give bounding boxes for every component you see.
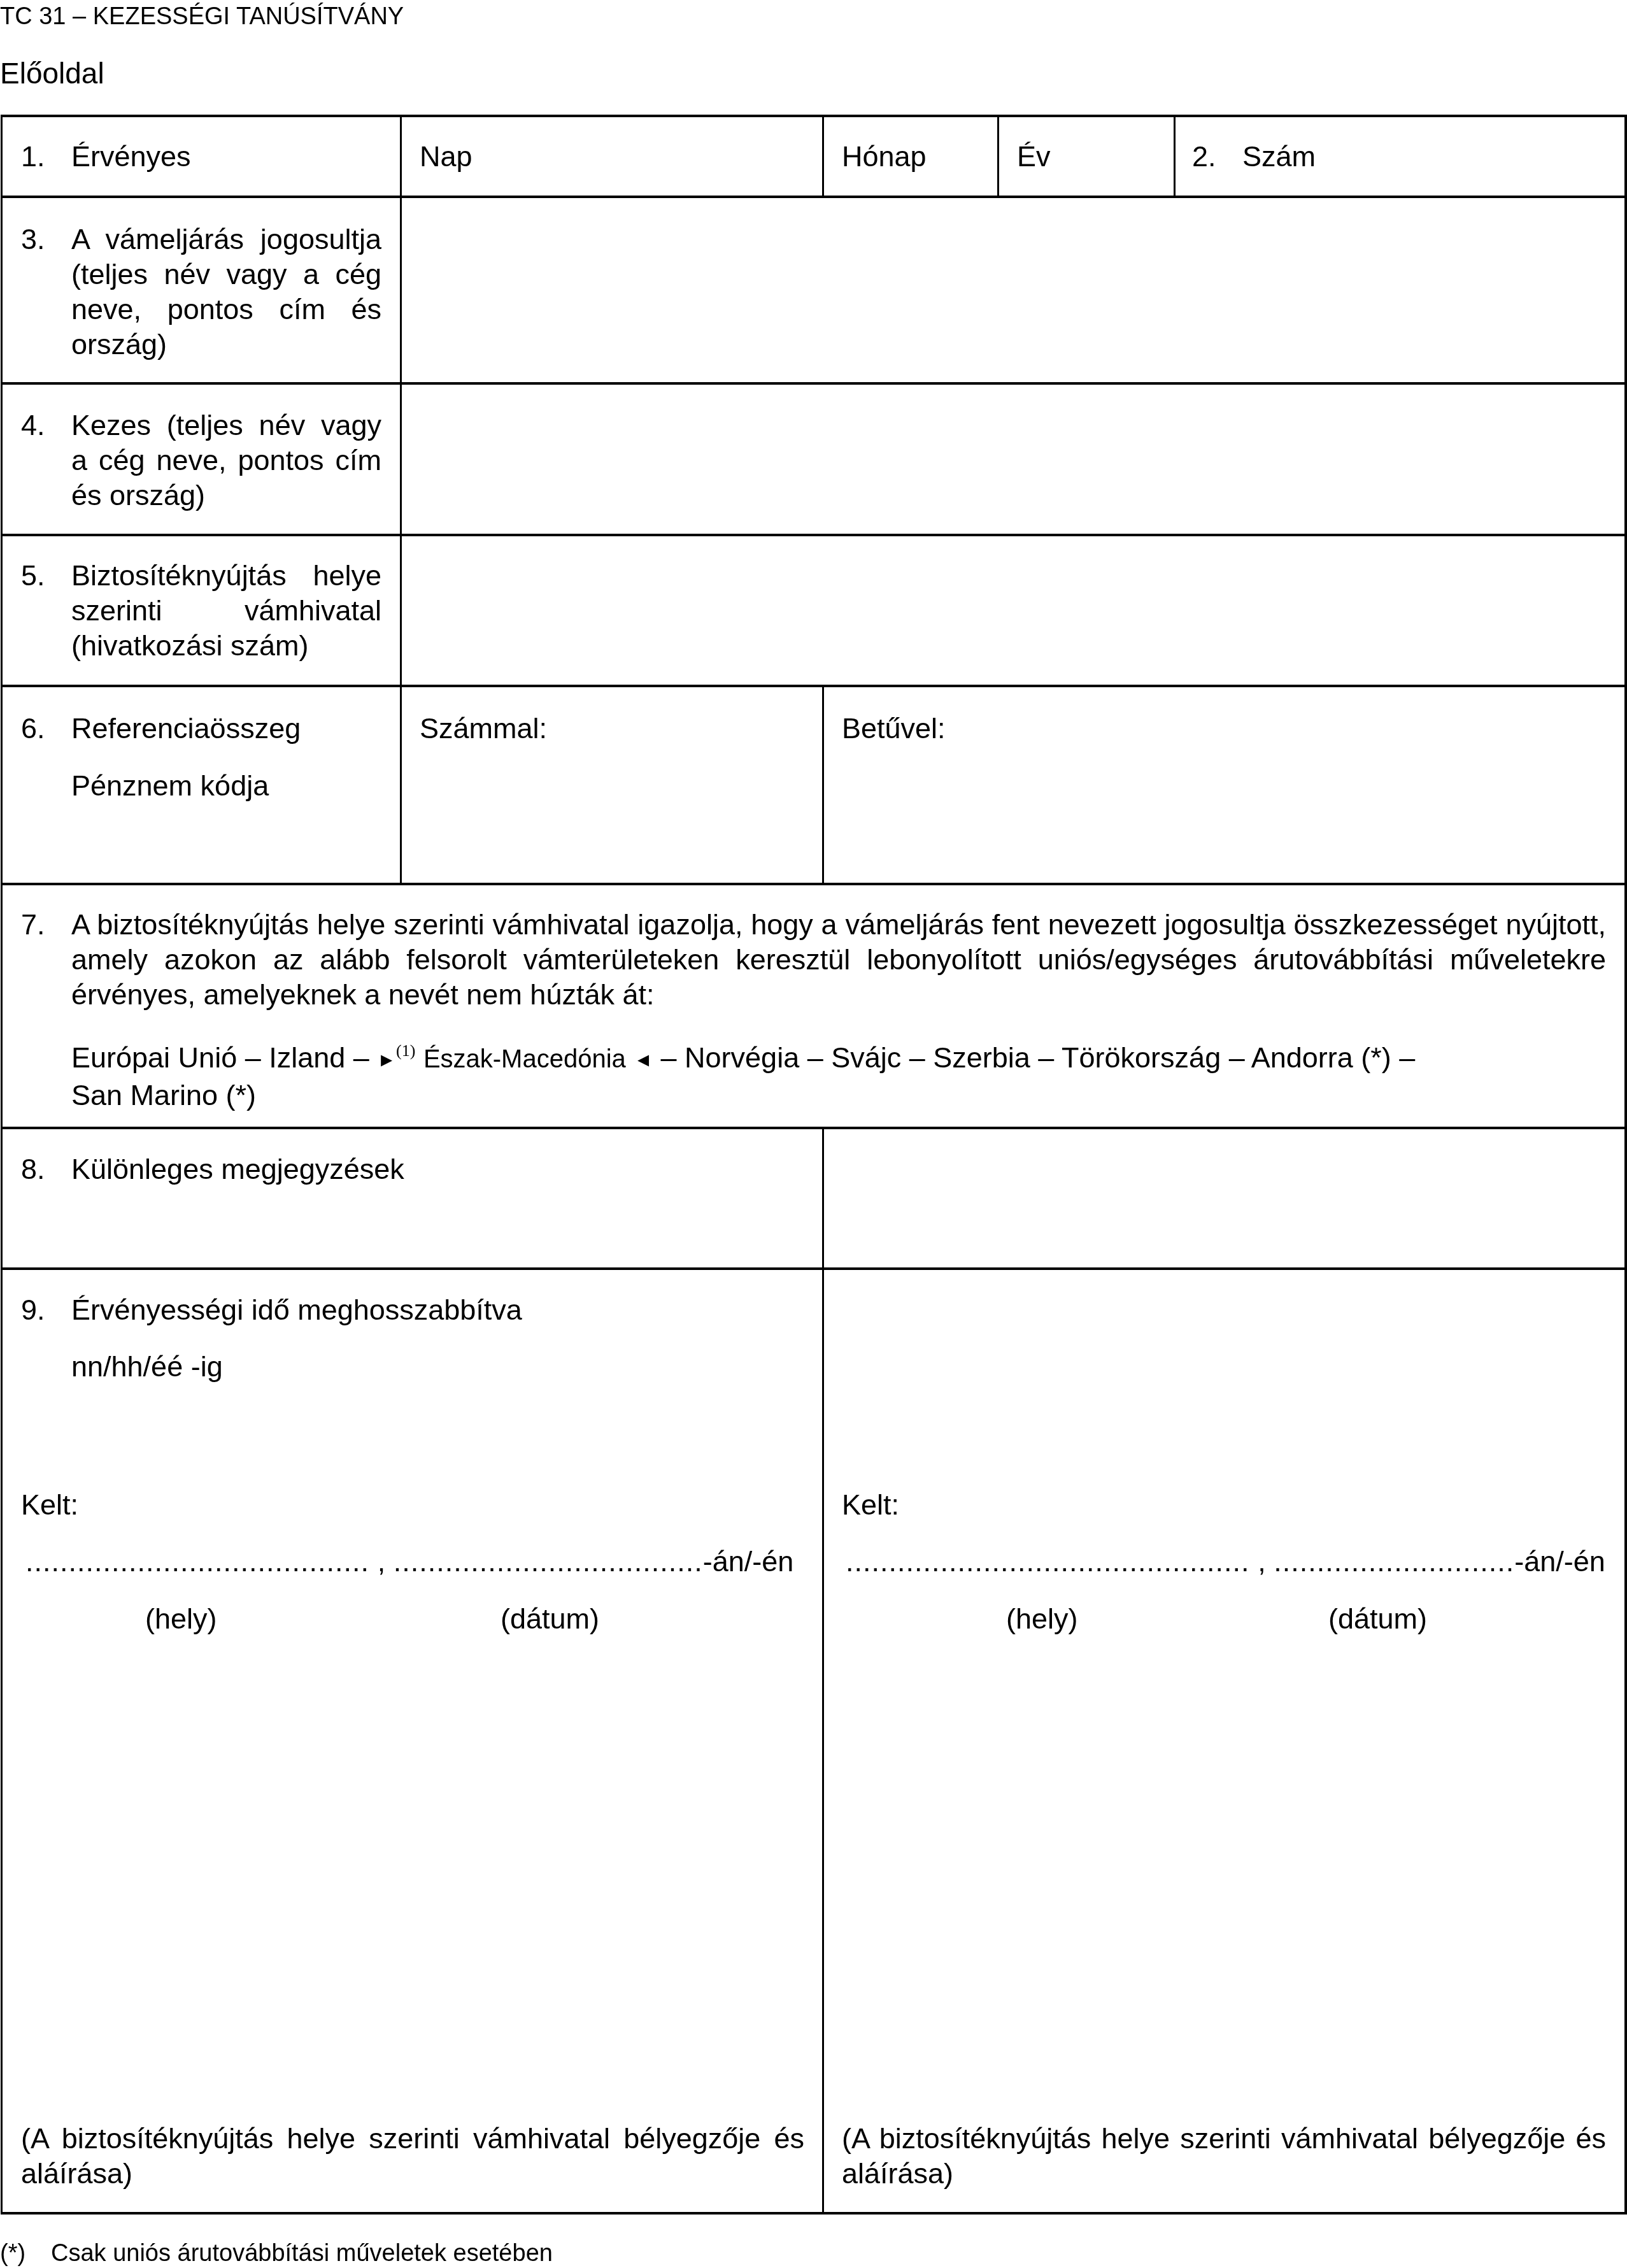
- kelt-label-right: Kelt:: [842, 1487, 899, 1522]
- field-8-label: Különleges megjegyzések: [71, 1152, 404, 1187]
- field-3-number: 3.: [21, 222, 45, 257]
- field-8-number: 8.: [21, 1152, 45, 1187]
- column-divider: [997, 115, 999, 197]
- separator-comma: ,: [1258, 1545, 1266, 1578]
- place-date-line-left[interactable]: ........................................…: [25, 1544, 793, 1579]
- document-title: TC 31 – KEZESSÉGI TANÚSÍTVÁNY: [0, 3, 404, 31]
- amount-in-figures-label[interactable]: Számmal:: [420, 711, 547, 746]
- table-border-left: [1, 115, 3, 2215]
- field-6-label: Referenciaösszeg: [71, 711, 301, 746]
- page-side-label: Előoldal: [0, 56, 104, 90]
- countries-after: – Norvégia – Svájc – Szerbia – Törökorsz…: [661, 1041, 1416, 1074]
- place-date-line-right[interactable]: ........................................…: [846, 1544, 1605, 1579]
- place-dots-right[interactable]: ........................................…: [846, 1545, 1250, 1578]
- field-5-value[interactable]: [402, 536, 1624, 685]
- place-caption-left: (hely): [145, 1601, 217, 1636]
- footnote: (*)Csak uniós árutovábbítási műveletek e…: [0, 2239, 553, 2268]
- countries-list: Európai Unió – Izland – ►(1) Észak-Maced…: [71, 1033, 1606, 1113]
- field-6-number: 6.: [21, 711, 45, 746]
- date-suffix-left: -án/-én: [703, 1545, 794, 1578]
- field-7-text: A biztosítéknyújtás helye szerinti vámhi…: [71, 907, 1606, 1012]
- end-marker-icon: ◄: [634, 1050, 653, 1071]
- field-4-number: 4.: [21, 408, 45, 443]
- stamp-caption-right: (A biztosítéknyújtás helye szerinti vámh…: [842, 2121, 1606, 2191]
- start-marker-icon: ►: [377, 1050, 396, 1071]
- footnote-text: Csak uniós árutovábbítási műveletek eset…: [51, 2240, 553, 2267]
- field-3-value[interactable]: [402, 197, 1624, 382]
- field-1-label: Érvényes: [71, 139, 191, 174]
- footnote-ref: (1): [396, 1041, 415, 1060]
- kelt-label-left: Kelt:: [21, 1487, 78, 1522]
- date-format-label: nn/hh/éé -ig: [71, 1349, 223, 1384]
- table-border-bottom: [1, 2212, 1627, 2215]
- table-border-right: [1624, 115, 1627, 2215]
- field-4-value[interactable]: [402, 384, 1624, 534]
- field-year-label[interactable]: Év: [1017, 139, 1051, 174]
- amount-in-words-label[interactable]: Betűvel:: [842, 711, 946, 746]
- date-caption-right: (dátum): [1328, 1601, 1427, 1636]
- field-1-number: 1.: [21, 139, 45, 174]
- field-5-label: Biztosítéknyújtás helye szerinti vámhiva…: [71, 558, 381, 663]
- field-9-label: Érvényességi idő meghosszabbítva: [71, 1292, 522, 1327]
- row-divider: [1, 883, 1627, 885]
- place-dots-left[interactable]: ........................................: [25, 1545, 369, 1578]
- country-north-macedonia[interactable]: Észak-Macedónia: [423, 1045, 626, 1073]
- field-3-label: A vámeljárás jogosultja (teljes név vagy…: [71, 222, 381, 362]
- table-border-top: [1, 115, 1627, 117]
- footnote-mark: (*): [0, 2239, 51, 2268]
- currency-code-label: Pénznem kódja: [71, 768, 269, 803]
- field-day-label[interactable]: Nap: [420, 139, 472, 174]
- field-month-label[interactable]: Hónap: [842, 139, 927, 174]
- separator-comma: ,: [378, 1545, 386, 1578]
- field-5-number: 5.: [21, 558, 45, 593]
- field-4-label: Kezes (teljes név vagy a cég neve, ponto…: [71, 408, 381, 513]
- field-9-number: 9.: [21, 1292, 45, 1327]
- date-suffix-right: -án/-én: [1514, 1545, 1605, 1578]
- date-dots-left[interactable]: ....................................: [394, 1545, 703, 1578]
- countries-before: Európai Unió – Izland –: [71, 1041, 369, 1074]
- field-8-value[interactable]: [824, 1129, 1624, 1267]
- countries-line2: San Marino (*): [71, 1079, 256, 1111]
- column-divider: [1174, 115, 1176, 197]
- column-divider: [822, 1127, 824, 2213]
- place-caption-right: (hely): [1006, 1601, 1078, 1636]
- column-divider: [822, 115, 824, 197]
- row-divider: [1, 685, 1627, 687]
- stamp-caption-left: (A biztosítéknyújtás helye szerinti vámh…: [21, 2121, 804, 2191]
- row-divider: [1, 1267, 1627, 1270]
- field-2-number: 2.: [1192, 139, 1216, 174]
- column-divider: [822, 685, 824, 884]
- date-caption-left: (dátum): [501, 1601, 599, 1636]
- field-7-number: 7.: [21, 907, 45, 942]
- field-2-label[interactable]: Szám: [1242, 139, 1316, 174]
- date-dots-right[interactable]: ............................: [1274, 1545, 1514, 1578]
